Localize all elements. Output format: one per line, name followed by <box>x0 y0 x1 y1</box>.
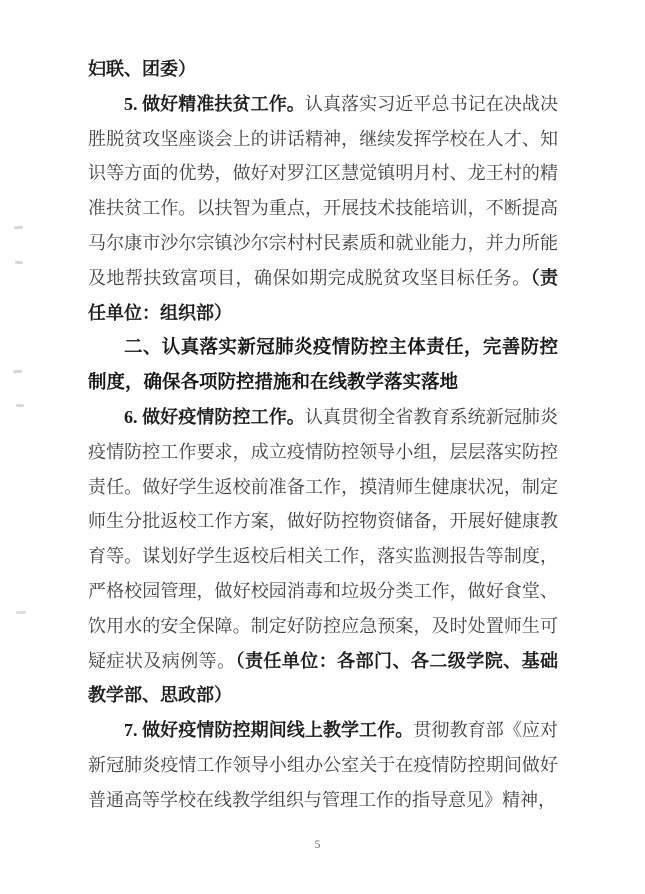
continuation-line: 妇联、团委） <box>88 52 558 87</box>
item-6-body: 认真贯彻全省教育系统新冠肺炎疫情防控工作要求，成立疫情防控领导小组，层层落实防控… <box>88 407 558 671</box>
scan-smudge <box>14 226 23 230</box>
scan-smudge <box>13 370 22 373</box>
section-2-heading: 二、认真落实新冠肺炎疫情防控主体责任，完善防控制度，确保各项防控措施和在线教学落… <box>88 330 558 400</box>
item-5-title: 5. 做好精准扶贫工作。 <box>124 94 305 114</box>
document-text-block: 妇联、团委） 5. 做好精准扶贫工作。认真落实习近平总书记在决战决胜脱贫攻坚座谈… <box>88 52 558 818</box>
item-6-title: 6. 做好疫情防控工作。 <box>124 407 305 427</box>
scan-smudge <box>15 261 23 264</box>
paragraph-item-6: 6. 做好疫情防控工作。认真贯彻全省教育系统新冠肺炎疫情防控工作要求，成立疫情防… <box>88 400 558 713</box>
scan-smudge <box>16 404 24 407</box>
scan-smudge <box>16 611 26 615</box>
scanned-document-page: 妇联、团委） 5. 做好精准扶贫工作。认真落实习近平总书记在决战决胜脱贫攻坚座谈… <box>0 0 645 894</box>
paragraph-item-5: 5. 做好精准扶贫工作。认真落实习近平总书记在决战决胜脱贫攻坚座谈会上的讲话精神… <box>88 87 558 331</box>
page-number: 5 <box>0 837 635 852</box>
item-5-body: 认真落实习近平总书记在决战决胜脱贫攻坚座谈会上的讲话精神，继续发挥学校在人才、知… <box>88 94 558 288</box>
paragraph-item-7: 7. 做好疫情防控期间线上教学工作。贯彻教育部《应对新冠肺炎疫情工作领导小组办公… <box>88 713 558 817</box>
item-7-title: 7. 做好疫情防控期间线上教学工作。 <box>124 720 413 740</box>
